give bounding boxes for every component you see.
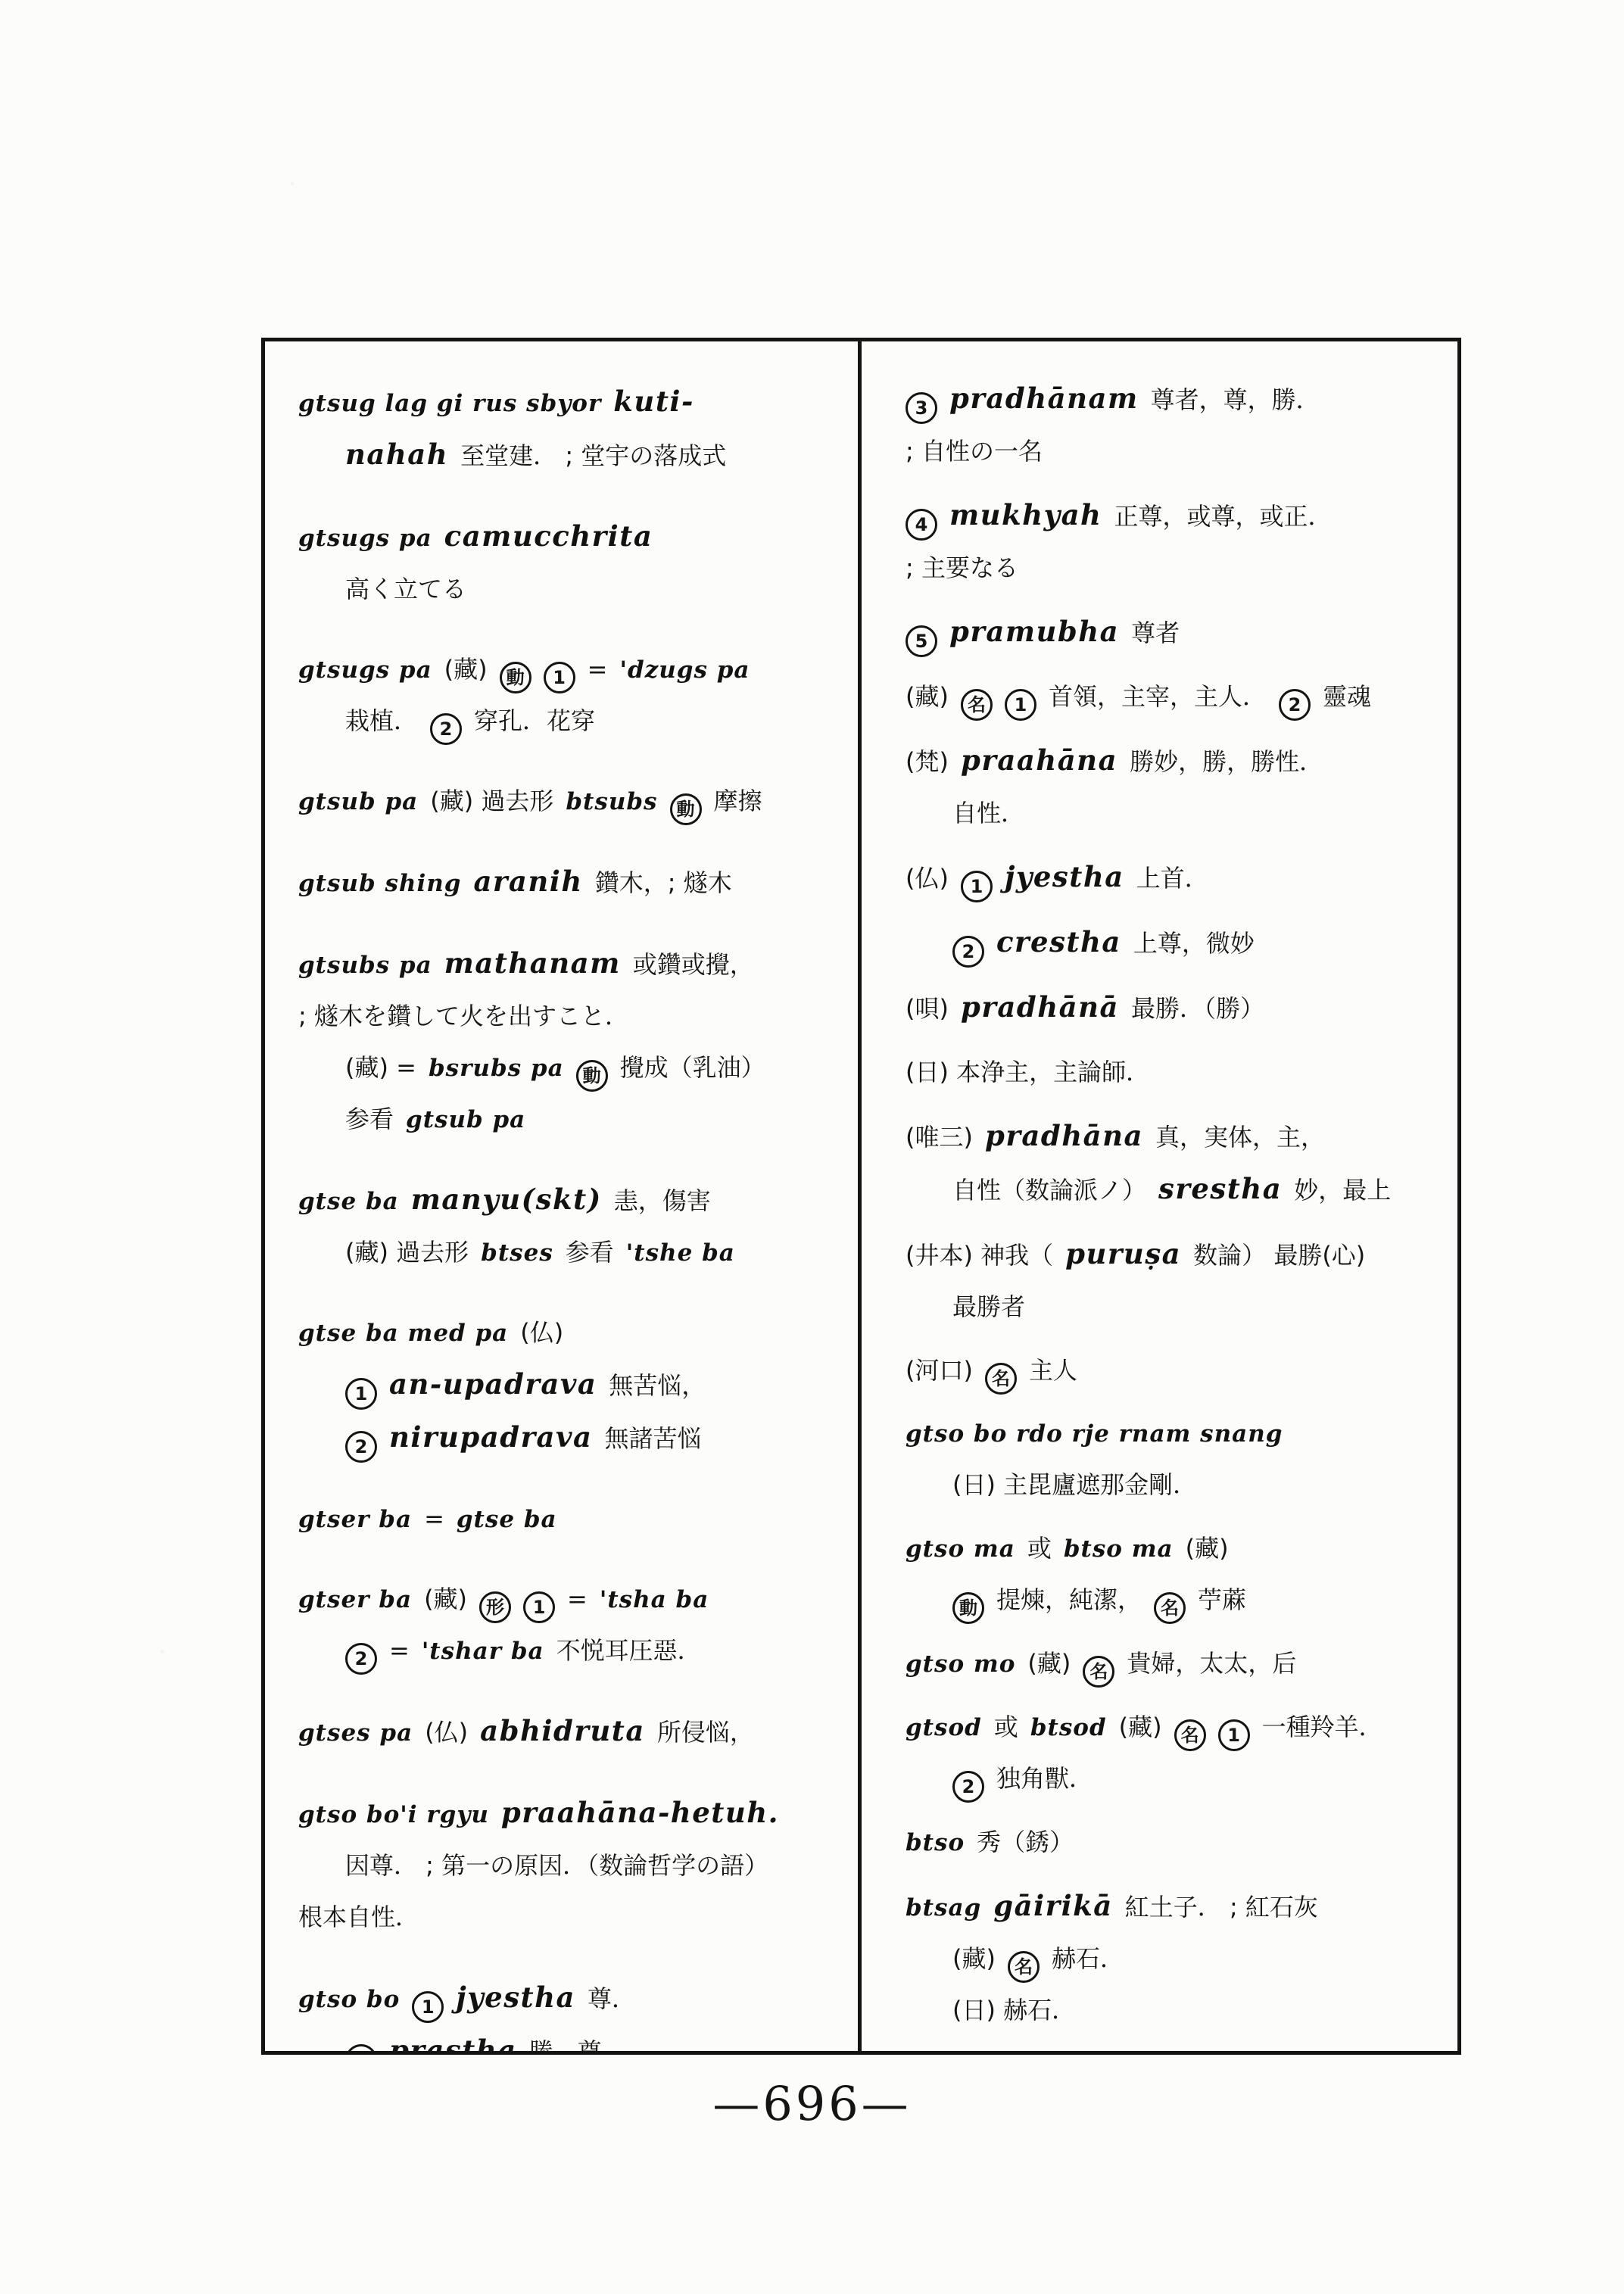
sanskrit-transliteration: mathanam: [444, 946, 621, 980]
circled-marker: 1: [1218, 1719, 1250, 1751]
dictionary-entry: (唯三)pradhāna真，実体，主，自性（数論派ノ）srestha妙，最上: [906, 1112, 1444, 1218]
sanskrit-transliteration: mukhyah: [949, 498, 1102, 531]
japanese-gloss: (藏): [1027, 1649, 1071, 1678]
dictionary-entry: 5pramubha尊者: [906, 608, 1444, 661]
entry-line: (井本) 神我（puruṣa数論） 最勝(心): [906, 1230, 1444, 1283]
entry-line: 参看gtsub pa: [298, 1096, 838, 1147]
dictionary-entry: gtsugs pa(藏)動1='dzugs pa栽植．2穿孔．花穿: [298, 646, 838, 749]
dictionary-entry: gtse bamanyu(skt)恚，傷害(藏) 過去形btses参看'tshe…: [298, 1176, 838, 1280]
japanese-gloss: 因尊． ; 第一の原因．（数論哲学の語）: [345, 1851, 768, 1880]
japanese-gloss: 上首．: [1136, 864, 1209, 893]
sanskrit-transliteration: srestha: [1158, 1172, 1282, 1205]
sanskrit-transliteration: puruṣa: [1065, 1237, 1181, 1270]
tibetan-headword: 'dzugs pa: [619, 656, 750, 684]
circled-marker: 2: [430, 713, 462, 745]
entry-line: 自性（数論派ノ）srestha妙，最上: [906, 1165, 1444, 1218]
dictionary-entry: (井本) 神我（puruṣa数論） 最勝(心)最勝者: [906, 1230, 1444, 1335]
dictionary-entry: gtso bo1jyestha尊．2prastha勝，尊．: [298, 1974, 838, 2051]
sanskrit-transliteration: crestha: [996, 925, 1121, 958]
dictionary-entry: btsag pa参看'tshag pa=btsags pa: [906, 2050, 1444, 2051]
dictionary-entry: gtso bo'i rgyupraahāna-hetuh.因尊． ; 第一の原因…: [298, 1789, 838, 1945]
tibetan-headword: gtso mo: [906, 1650, 1015, 1678]
entry-line: gtsod或btsod(藏)名1一種羚羊．: [906, 1703, 1444, 1755]
circled-marker: 4: [906, 509, 937, 541]
entry-line: gtso bo rdo rje rnam snang: [906, 1410, 1444, 1461]
entry-line: (藏)名1首領，主宰，主人．2靈魂: [906, 673, 1444, 725]
dictionary-entry: (仏)1jyestha上首．: [906, 853, 1444, 906]
sanskrit-transliteration: praahāna: [961, 743, 1117, 777]
sanskrit-transliteration: aranih: [473, 865, 582, 898]
circled-marker: 1: [412, 1991, 444, 2023]
japanese-gloss: (藏) =: [345, 1053, 416, 1082]
entry-line: 最勝者: [906, 1283, 1444, 1335]
sanskrit-transliteration: pradhāna: [985, 1119, 1143, 1152]
circled-marker: 名: [1008, 1951, 1040, 1983]
sanskrit-transliteration: pradhānam: [949, 382, 1139, 415]
entry-line: (日) 本浄主，主論師．: [906, 1049, 1444, 1100]
entry-line: (日) 赫石．: [906, 1987, 1444, 2038]
tibetan-headword: gtso ma: [906, 1535, 1015, 1563]
tibetan-headword: btsubs: [566, 788, 657, 815]
japanese-gloss: 恚，傷害: [614, 1186, 711, 1215]
japanese-gloss: =: [588, 655, 608, 684]
japanese-gloss: 或: [1027, 1534, 1052, 1563]
sanskrit-transliteration: pramubha: [949, 615, 1119, 648]
tibetan-headword: gtsugs pa: [298, 656, 432, 684]
circled-marker: 名: [985, 1363, 1017, 1395]
circled-marker: 2: [1279, 689, 1311, 721]
circled-marker: 1: [961, 871, 993, 902]
japanese-gloss: 妙，最上: [1294, 1176, 1391, 1205]
entry-line: gtser ba(藏)形1='tsha ba: [298, 1576, 838, 1627]
japanese-gloss: (井本) 神我（: [906, 1241, 1053, 1270]
dictionary-entry: gtsod或btsod(藏)名1一種羚羊．2独角獸．: [906, 1703, 1444, 1806]
japanese-gloss: 或鑽或攪，: [633, 950, 754, 979]
entry-line: 2独角獸．: [906, 1755, 1444, 1806]
entry-line: 4mukhyah正尊，或尊，或正．: [906, 491, 1444, 544]
dictionary-entry: gtso bo rdo rje rnam snang(日) 主毘廬遮那金剛．: [906, 1410, 1444, 1513]
sanskrit-transliteration: jyestha: [1005, 860, 1124, 893]
circled-marker: 3: [906, 392, 937, 424]
circled-marker: 名: [961, 689, 993, 721]
entry-line: btsaggāirikā紅土子． ; 紅石灰: [906, 1882, 1444, 1935]
japanese-gloss: 紅土子． ; 紅石灰: [1125, 1893, 1318, 1922]
japanese-gloss: =: [424, 1504, 444, 1533]
entry-line: gtso bo1jyestha尊．: [298, 1974, 838, 2027]
dictionary-entry: 2crestha上尊，微妙: [906, 918, 1444, 971]
tibetan-headword: 'tshe ba: [626, 1239, 735, 1267]
entry-line: (唄)pradhānā最勝．（勝）: [906, 983, 1444, 1036]
japanese-gloss: (唄): [906, 994, 949, 1023]
sanskrit-transliteration: prastha: [389, 2034, 517, 2051]
japanese-gloss: (梵): [906, 747, 949, 776]
japanese-gloss: 所侵悩，: [657, 1718, 754, 1747]
entry-line: 栽植．2穿孔．花穿: [298, 697, 838, 749]
dictionary-entry: gtsugs pacamucchrita高く立てる: [298, 513, 838, 617]
japanese-gloss: ; 燧木を鑽して火を出すこと．: [298, 1002, 629, 1030]
circled-marker: 名: [1174, 1719, 1206, 1751]
tibetan-headword: gtser ba: [298, 1586, 412, 1613]
circled-marker: 2: [345, 1643, 377, 1675]
japanese-gloss: 尊．: [588, 1984, 636, 2013]
tibetan-headword: btses: [481, 1239, 553, 1267]
japanese-gloss: (藏) 過去形: [430, 787, 553, 815]
japanese-gloss: =: [389, 1636, 410, 1665]
japanese-gloss: (藏): [444, 655, 488, 684]
sanskrit-transliteration: camucchrita: [444, 519, 653, 553]
dictionary-entry: 4mukhyah正尊，或尊，或正．; 主要なる: [906, 491, 1444, 596]
japanese-gloss: 勝妙，勝，勝性．: [1130, 747, 1323, 776]
tibetan-headword: gtser ba: [298, 1506, 412, 1533]
sanskrit-transliteration: nirupadrava: [389, 1420, 593, 1454]
entry-line: (日) 主毘廬遮那金剛．: [906, 1461, 1444, 1513]
japanese-gloss: 苧蔴: [1198, 1585, 1246, 1614]
entry-line: 2crestha上尊，微妙: [906, 918, 1444, 971]
japanese-gloss: (唯三): [906, 1123, 973, 1152]
tibetan-headword: gtse ba: [298, 1188, 399, 1215]
sanskrit-transliteration: an-upadrava: [389, 1367, 597, 1401]
entry-line: gtsubs pamathanam或鑽或攪，: [298, 940, 838, 993]
dictionary-entry: gtse ba med pa(仏)1an-upadrava無苦悩，2nirupa…: [298, 1309, 838, 1466]
sanskrit-transliteration: jyestha: [456, 1981, 575, 2014]
circled-marker: 1: [345, 1378, 377, 1410]
entry-line: gtsugs pacamucchrita: [298, 513, 838, 566]
sanskrit-transliteration: nahah: [345, 438, 448, 471]
dictionary-entry: gtsub shingaranih鑽木，; 燧木: [298, 858, 838, 911]
japanese-gloss: (日) 本浄主，主論師．: [906, 1058, 1150, 1086]
japanese-gloss: (仏): [425, 1718, 468, 1747]
tibetan-headword: gtsug lag gi rus sbyor: [298, 390, 601, 417]
entry-line: ; 自性の一名: [906, 428, 1444, 479]
dictionary-entry: gtser ba=gtse ba: [298, 1495, 838, 1547]
entry-line: 自性．: [906, 790, 1444, 841]
japanese-gloss: (藏): [952, 1944, 996, 1973]
entry-line: 高く立てる: [298, 566, 838, 617]
circled-marker: 1: [523, 1591, 555, 1623]
dictionary-entry: gtsug lag gi rus sbyorkuti-nahah至堂建． ; 堂…: [298, 378, 838, 484]
circled-marker: 5: [906, 625, 937, 657]
entry-line: gtsugs pa(藏)動1='dzugs pa: [298, 646, 838, 697]
japanese-gloss: 勝，尊．: [529, 2037, 626, 2051]
circled-marker: 名: [1154, 1592, 1186, 1624]
japanese-gloss: (河口): [906, 1356, 973, 1385]
entry-line: (唯三)pradhāna真，実体，主，: [906, 1112, 1444, 1165]
japanese-gloss: 正尊，或尊，或正．: [1114, 502, 1332, 531]
circled-marker: 名: [1083, 1656, 1114, 1688]
tibetan-headword: gtsugs pa: [298, 525, 432, 552]
sanskrit-transliteration: manyu(skt): [411, 1183, 602, 1216]
tibetan-headword: gtsub pa: [406, 1106, 525, 1133]
tibetan-headword: gtses pa: [298, 1719, 413, 1747]
japanese-gloss: 攪成（乳油）: [620, 1053, 765, 1082]
entry-line: gtser ba=gtse ba: [298, 1495, 838, 1547]
entry-line: 2nirupadrava無諸苦悩: [298, 1413, 838, 1466]
entry-line: 5pramubha尊者: [906, 608, 1444, 661]
japanese-gloss: =: [567, 1585, 588, 1613]
entry-line: 2prastha勝，尊．: [298, 2027, 838, 2051]
japanese-gloss: ; 主要なる: [906, 553, 1018, 582]
japanese-gloss: (藏): [906, 682, 949, 711]
entry-line: gtses pa(仏)abhidruta所侵悩，: [298, 1707, 838, 1760]
japanese-gloss: 自性．: [952, 799, 1025, 828]
japanese-gloss: 靈魂: [1323, 682, 1371, 711]
circled-marker: 1: [1005, 689, 1036, 721]
japanese-gloss: 無諸苦悩: [605, 1424, 702, 1453]
circled-marker: 1: [544, 662, 575, 693]
circled-marker: 2: [345, 2044, 377, 2051]
japanese-gloss: 参看: [345, 1105, 394, 1133]
tibetan-headword: btsod: [1030, 1714, 1107, 1741]
japanese-gloss: 鑽木，; 燧木: [595, 868, 732, 897]
dictionary-entry: (河口)名主人: [906, 1347, 1444, 1398]
entry-line: 因尊． ; 第一の原因．（数論哲学の語）: [298, 1842, 838, 1893]
japanese-gloss: 高く立てる: [345, 575, 466, 603]
entry-line: btsag pa参看'tshag pa=btsags pa: [906, 2050, 1444, 2051]
japanese-gloss: 提煉，純潔，: [996, 1585, 1142, 1614]
tibetan-headword: bsrubs pa: [429, 1055, 564, 1082]
japanese-gloss: 独角獸．: [996, 1764, 1093, 1793]
sanskrit-transliteration: kuti-: [613, 385, 694, 418]
entry-line: (仏)1jyestha上首．: [906, 853, 1444, 906]
japanese-gloss: (仏): [520, 1318, 563, 1347]
japanese-gloss: ; 自性の一名: [906, 437, 1043, 466]
page-number: —696—: [0, 2076, 1624, 2131]
japanese-gloss: (藏): [1119, 1713, 1162, 1741]
japanese-gloss: 根本自性．: [298, 1903, 419, 1931]
japanese-gloss: 赫石．: [1052, 1944, 1124, 1973]
tibetan-headword: gtsub shing: [298, 870, 461, 897]
japanese-gloss: 最勝者: [952, 1292, 1025, 1321]
japanese-gloss: 至堂建． ; 堂宇の落成式: [460, 441, 726, 470]
dictionary-entry: btso秀（銹）: [906, 1819, 1444, 1870]
tibetan-headword: gtso bo: [298, 1986, 400, 2013]
tibetan-headword: 'tshar ba: [422, 1638, 544, 1665]
japanese-gloss: 参看: [566, 1238, 614, 1267]
japanese-gloss: 最勝．（勝）: [1131, 994, 1264, 1023]
tibetan-headword: btsag: [906, 1894, 981, 1922]
dictionary-entry: btsaggāirikā紅土子． ; 紅石灰(藏)名赫石．(日) 赫石．: [906, 1882, 1444, 2038]
japanese-gloss: 尊者: [1131, 619, 1180, 647]
entry-line: gtso mo(藏)名貴婦，太太，后: [906, 1640, 1444, 1691]
entry-line: 根本自性．: [298, 1893, 838, 1945]
japanese-gloss: 無苦悩，: [609, 1371, 706, 1400]
dictionary-entry: (日) 本浄主，主論師．: [906, 1049, 1444, 1100]
dictionary-entry: gtso ma或btso ma(藏)動提煉，純潔，名苧蔴: [906, 1525, 1444, 1628]
japanese-gloss: 或: [994, 1713, 1018, 1741]
japanese-gloss: 栽植．: [345, 706, 418, 735]
entry-line: gtsub pa(藏) 過去形btsubs動摩擦: [298, 778, 838, 829]
japanese-gloss: (藏): [1186, 1534, 1229, 1563]
japanese-gloss: 不悦耳圧惡．: [556, 1636, 702, 1665]
tibetan-headword: gtsub pa: [298, 788, 418, 815]
entry-line: 3pradhānam尊者，尊，勝．: [906, 375, 1444, 428]
tibetan-headword: btso: [906, 1829, 965, 1856]
tibetan-headword: gtse ba: [457, 1506, 557, 1533]
circled-marker: 動: [500, 662, 531, 693]
tibetan-headword: gtso bo'i rgyu: [298, 1801, 489, 1828]
japanese-gloss: 真，実体，主，: [1155, 1123, 1325, 1152]
japanese-gloss: (藏) 過去形: [345, 1238, 469, 1267]
tibetan-headword: gtsod: [906, 1714, 982, 1741]
japanese-gloss: 秀（銹）: [977, 1828, 1074, 1856]
dictionary-table-border: gtsug lag gi rus sbyorkuti-nahah至堂建． ; 堂…: [261, 338, 1461, 2055]
entry-line: nahah至堂建． ; 堂宇の落成式: [298, 431, 838, 484]
japanese-gloss: 一種羚羊．: [1262, 1713, 1383, 1741]
entry-line: gtse ba med pa(仏): [298, 1309, 838, 1361]
entry-line: 1an-upadrava無苦悩，: [298, 1361, 838, 1413]
japanese-gloss: (仏): [906, 864, 949, 893]
circled-marker: 2: [952, 1771, 984, 1803]
dictionary-entry: (藏)名1首領，主宰，主人．2靈魂: [906, 673, 1444, 725]
circled-marker: 動: [576, 1060, 608, 1092]
japanese-gloss: 尊者，尊，勝．: [1151, 385, 1320, 414]
circled-marker: 2: [952, 936, 984, 968]
dictionary-entry: 3pradhānam尊者，尊，勝．; 自性の一名: [906, 375, 1444, 479]
tibetan-headword: gtsubs pa: [298, 952, 432, 979]
japanese-gloss: 穿孔．花穿: [474, 706, 595, 735]
dictionary-entry: gtser ba(藏)形1='tsha ba2='tshar ba不悦耳圧惡．: [298, 1576, 838, 1678]
dictionary-entry: gtses pa(仏)abhidruta所侵悩，: [298, 1707, 838, 1760]
entry-line: gtse bamanyu(skt)恚，傷害: [298, 1176, 838, 1229]
circled-marker: 動: [952, 1592, 984, 1624]
entry-line: ; 燧木を鑽して火を出すこと．: [298, 993, 838, 1044]
japanese-gloss: 貴婦，太太，后: [1127, 1649, 1296, 1678]
japanese-gloss: (日) 主毘廬遮那金剛．: [952, 1470, 1197, 1499]
tibetan-headword: gtso bo rdo rje rnam snang: [906, 1420, 1283, 1448]
japanese-gloss: 数論） 最勝(心): [1193, 1241, 1365, 1270]
entry-line: gtso bo'i rgyupraahāna-hetuh.: [298, 1789, 838, 1842]
tibetan-headword: btso ma: [1064, 1535, 1174, 1563]
entry-line: (藏) =bsrubs pa動攪成（乳油）: [298, 1044, 838, 1096]
sanskrit-transliteration: pradhānā: [961, 990, 1119, 1024]
tibetan-headword: gtse ba med pa: [298, 1320, 508, 1347]
entry-line: (梵)praahāna勝妙，勝，勝性．: [906, 737, 1444, 790]
circled-marker: 動: [670, 793, 702, 825]
japanese-gloss: (藏): [424, 1585, 467, 1613]
entry-line: ; 主要なる: [906, 544, 1444, 596]
entry-line: btso秀（銹）: [906, 1819, 1444, 1870]
entry-line: gtso ma或btso ma(藏): [906, 1525, 1444, 1576]
dictionary-entry: gtsubs pamathanam或鑽或攪，; 燧木を鑽して火を出すこと．(藏)…: [298, 940, 838, 1147]
japanese-gloss: 主人: [1029, 1356, 1077, 1385]
entry-line: 2='tshar ba不悦耳圧惡．: [298, 1627, 838, 1678]
circled-marker: 形: [479, 1591, 511, 1623]
japanese-gloss: 自性（数論派ノ）: [952, 1176, 1146, 1205]
right-column: 3pradhānam尊者，尊，勝．; 自性の一名4mukhyah正尊，或尊，或正…: [862, 341, 1457, 2051]
sanskrit-transliteration: praahāna-hetuh.: [501, 1796, 779, 1829]
entry-line: (藏)名赫石．: [906, 1935, 1444, 1987]
sanskrit-transliteration: abhidruta: [480, 1714, 645, 1747]
entry-line: (河口)名主人: [906, 1347, 1444, 1398]
entry-line: (藏) 過去形btses参看'tshe ba: [298, 1229, 838, 1280]
scanned-dictionary-page: gtsug lag gi rus sbyorkuti-nahah至堂建． ; 堂…: [0, 0, 1624, 2294]
dictionary-entry: gtsub pa(藏) 過去形btsubs動摩擦: [298, 778, 838, 829]
tibetan-headword: 'tsha ba: [600, 1586, 709, 1613]
circled-marker: 2: [345, 1431, 377, 1463]
entry-line: gtsub shingaranih鑽木，; 燧木: [298, 858, 838, 911]
japanese-gloss: 首領，主宰，主人．: [1049, 682, 1267, 711]
entry-line: 動提煉，純潔，名苧蔴: [906, 1576, 1444, 1628]
japanese-gloss: (日) 赫石．: [952, 1996, 1076, 2024]
dictionary-entry: (梵)praahāna勝妙，勝，勝性．自性．: [906, 737, 1444, 841]
entry-line: gtsug lag gi rus sbyorkuti-: [298, 378, 838, 431]
japanese-gloss: 摩擦: [714, 787, 762, 815]
dictionary-entry: gtso mo(藏)名貴婦，太太，后: [906, 1640, 1444, 1691]
dictionary-entry: (唄)pradhānā最勝．（勝）: [906, 983, 1444, 1036]
japanese-gloss: 上尊，微妙: [1133, 929, 1255, 958]
sanskrit-transliteration: gāirikā: [993, 1889, 1113, 1922]
left-column: gtsug lag gi rus sbyorkuti-nahah至堂建． ; 堂…: [265, 341, 858, 2051]
